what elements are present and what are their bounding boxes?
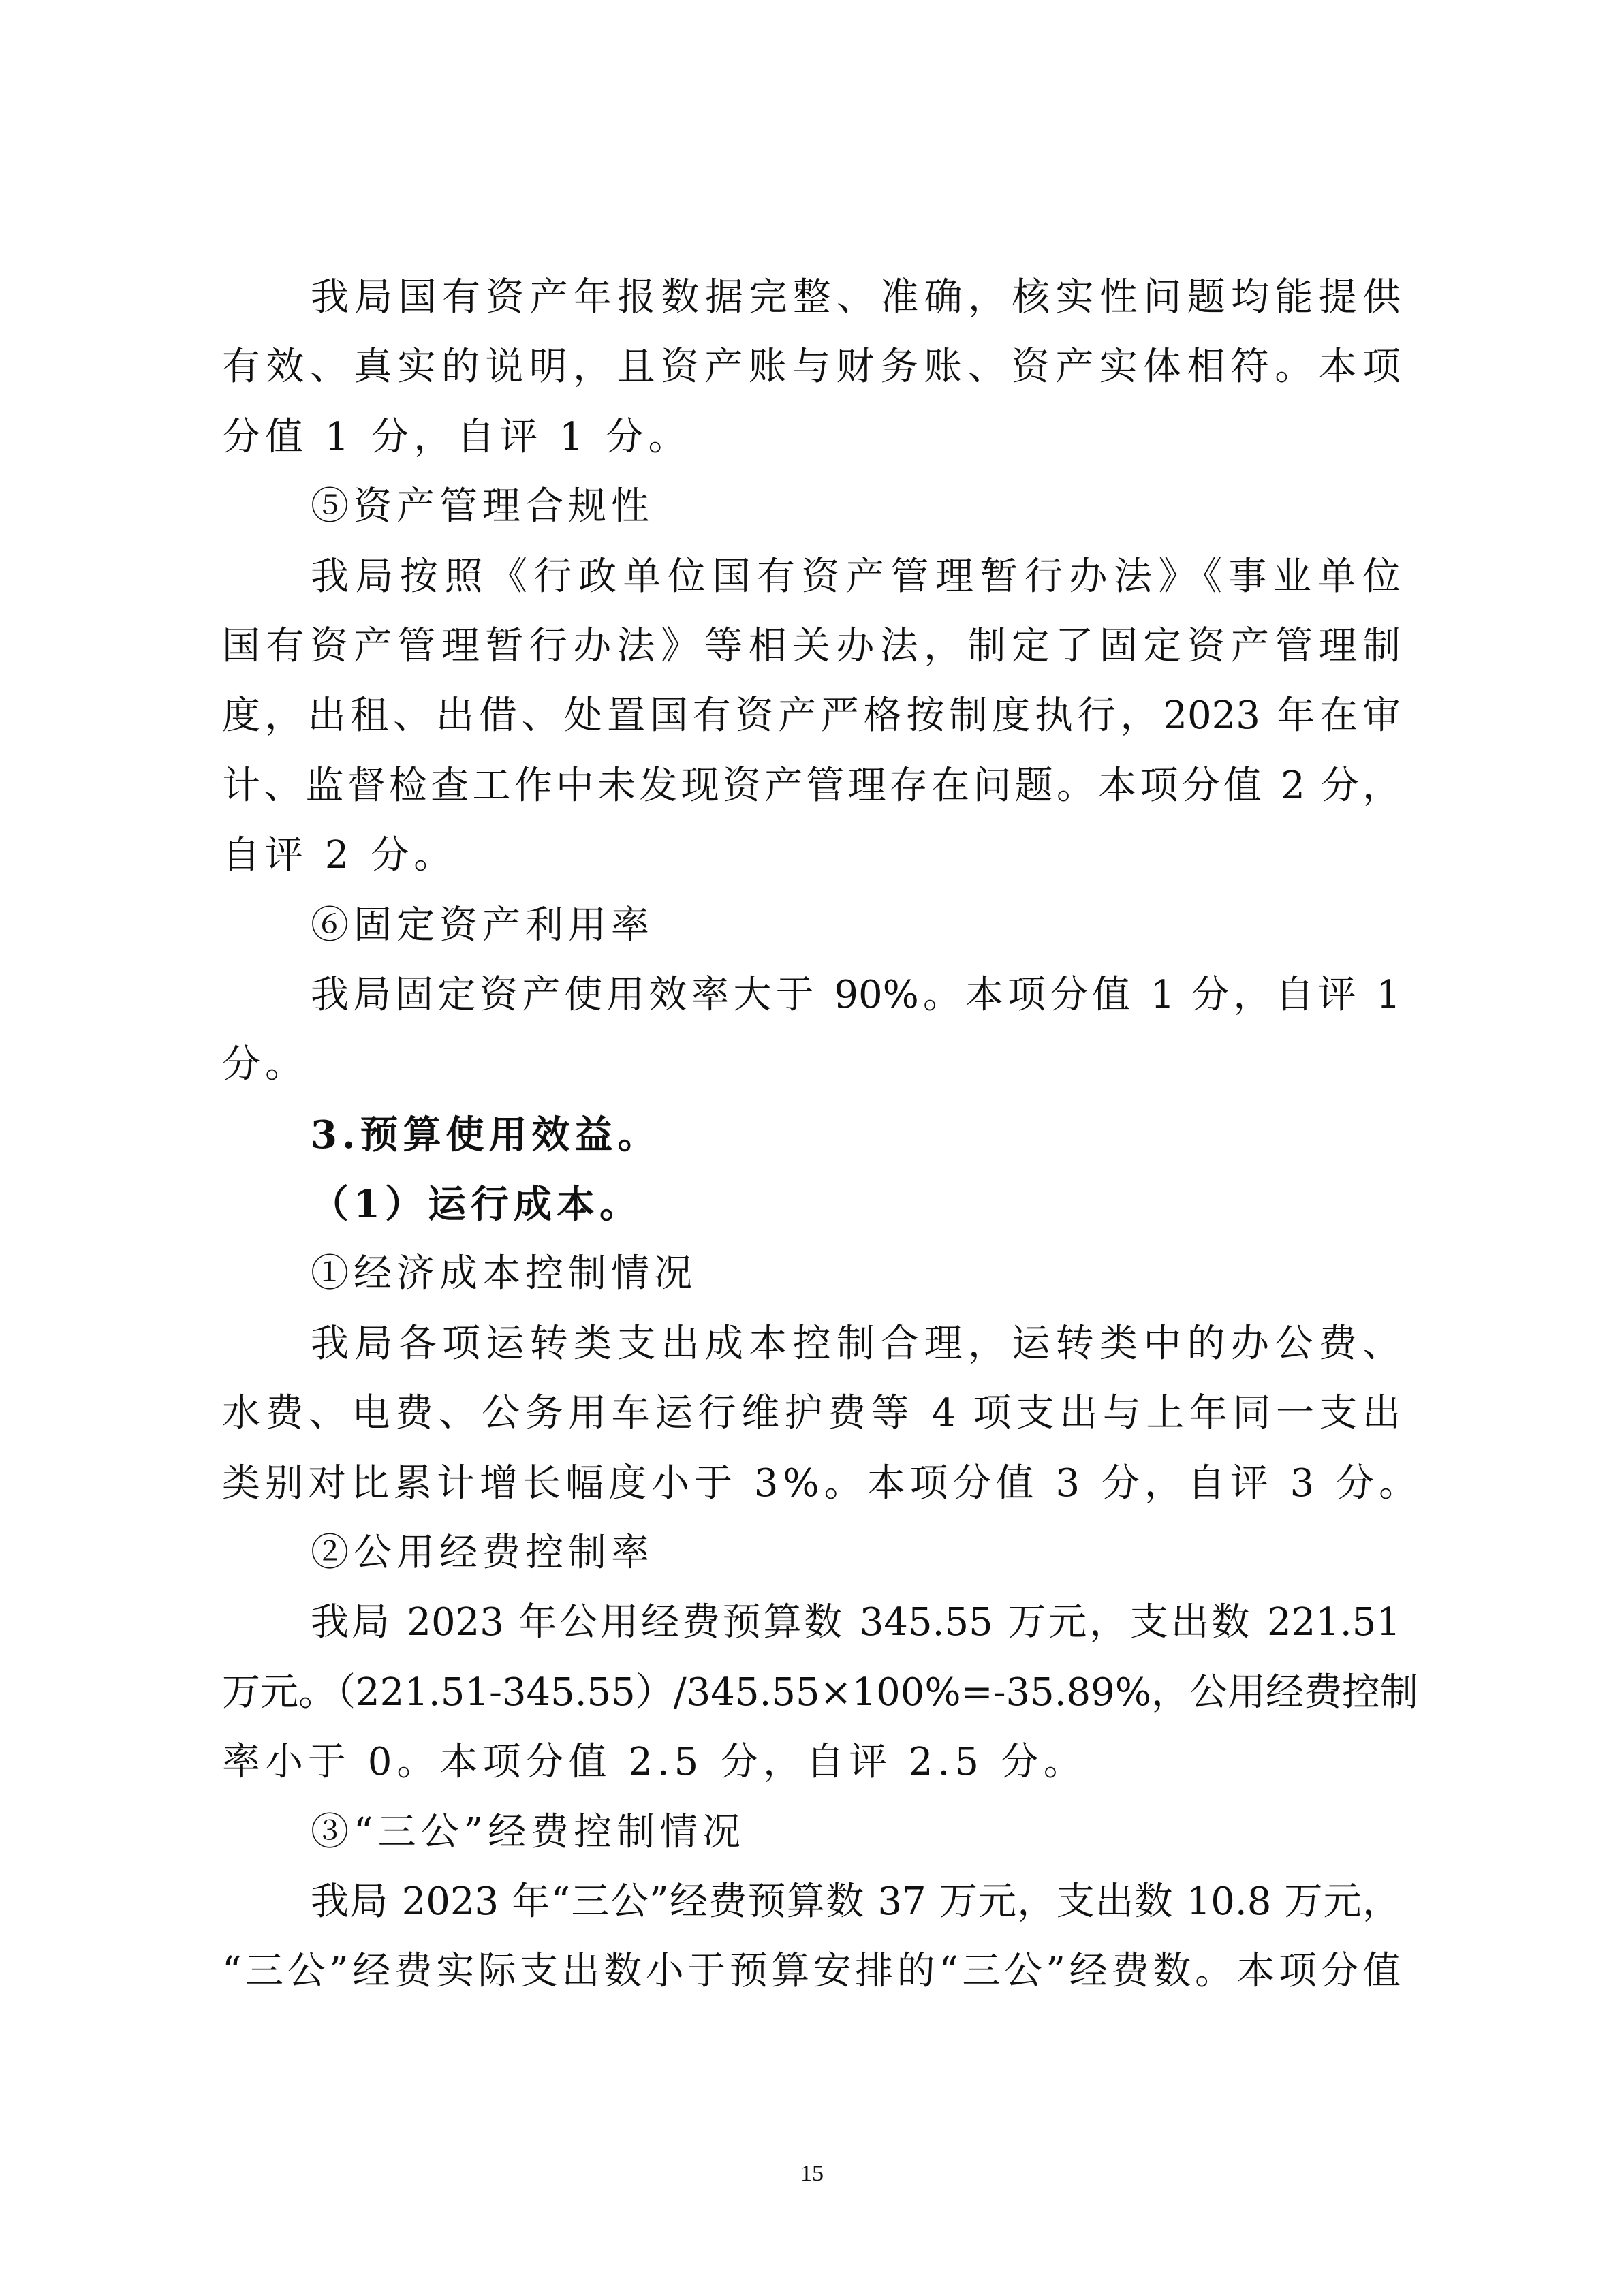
paragraph-line: 分。	[222, 1038, 1401, 1108]
subheading-three-public-expenses: ③“三公”经费控制情况	[222, 1806, 1401, 1875]
paragraph-line: 万元。（221.51-345.55）/345.55×100%=-35.89%，公…	[222, 1666, 1401, 1736]
paragraph-line: 类别对比累计增长幅度小于 3%。本项分值 3 分，自评 3 分。	[222, 1457, 1401, 1527]
section-heading-budget-efficiency: 3.预算使用效益。	[222, 1108, 1401, 1178]
paragraph-line: 国有资产管理暂行办法》等相关办法，制定了固定资产管理制	[222, 620, 1401, 689]
paragraph-line: 我局国有资产年报数据完整、准确，核实性问题均能提供	[222, 271, 1401, 341]
paragraph-line: 率小于 0。本项分值 2.5 分，自评 2.5 分。	[222, 1736, 1401, 1805]
subheading-public-expense-control-rate: ②公用经费控制率	[222, 1527, 1401, 1596]
paragraph-line: 有效、真实的说明，且资产账与财务账、资产实体相符。本项	[222, 341, 1401, 410]
document-body: 我局国有资产年报数据完整、准确，核实性问题均能提供 有效、真实的说明，且资产账与…	[222, 271, 1401, 2015]
page-number: 15	[0, 2161, 1624, 2187]
subheading-fixed-asset-utilization: ⑥固定资产利用率	[222, 899, 1401, 969]
subheading-economic-cost-control: ①经济成本控制情况	[222, 1247, 1401, 1317]
subheading-asset-compliance: ⑤资产管理合规性	[222, 480, 1401, 550]
paragraph-line: 计、监督检查工作中未发现资产管理存在问题。本项分值 2 分，	[222, 760, 1401, 829]
paragraph-line: 自评 2 分。	[222, 829, 1401, 899]
paragraph-line: 我局各项运转类支出成本控制合理，运转类中的办公费、	[222, 1317, 1401, 1387]
paragraph-line: 我局 2023 年“三公”经费预算数 37 万元，支出数 10.8 万元，	[222, 1875, 1401, 1945]
paragraph-line: 我局按照《行政单位国有资产管理暂行办法》《事业单位	[222, 550, 1401, 620]
paragraph-line: 我局固定资产使用效率大于 90%。本项分值 1 分，自评 1	[222, 969, 1401, 1038]
paragraph-line: 水费、电费、公务用车运行维护费等 4 项支出与上年同一支出	[222, 1387, 1401, 1456]
paragraph-line: 度，出租、出借、处置国有资产严格按制度执行，2023 年在审	[222, 689, 1401, 759]
paragraph-line: 分值 1 分，自评 1 分。	[222, 411, 1401, 480]
section-heading-operating-cost: （1）运行成本。	[222, 1178, 1401, 1247]
paragraph-line: 我局 2023 年公用经费预算数 345.55 万元，支出数 221.51	[222, 1596, 1401, 1666]
paragraph-line: “三公”经费实际支出数小于预算安排的“三公”经费数。本项分值	[222, 1945, 1401, 2014]
